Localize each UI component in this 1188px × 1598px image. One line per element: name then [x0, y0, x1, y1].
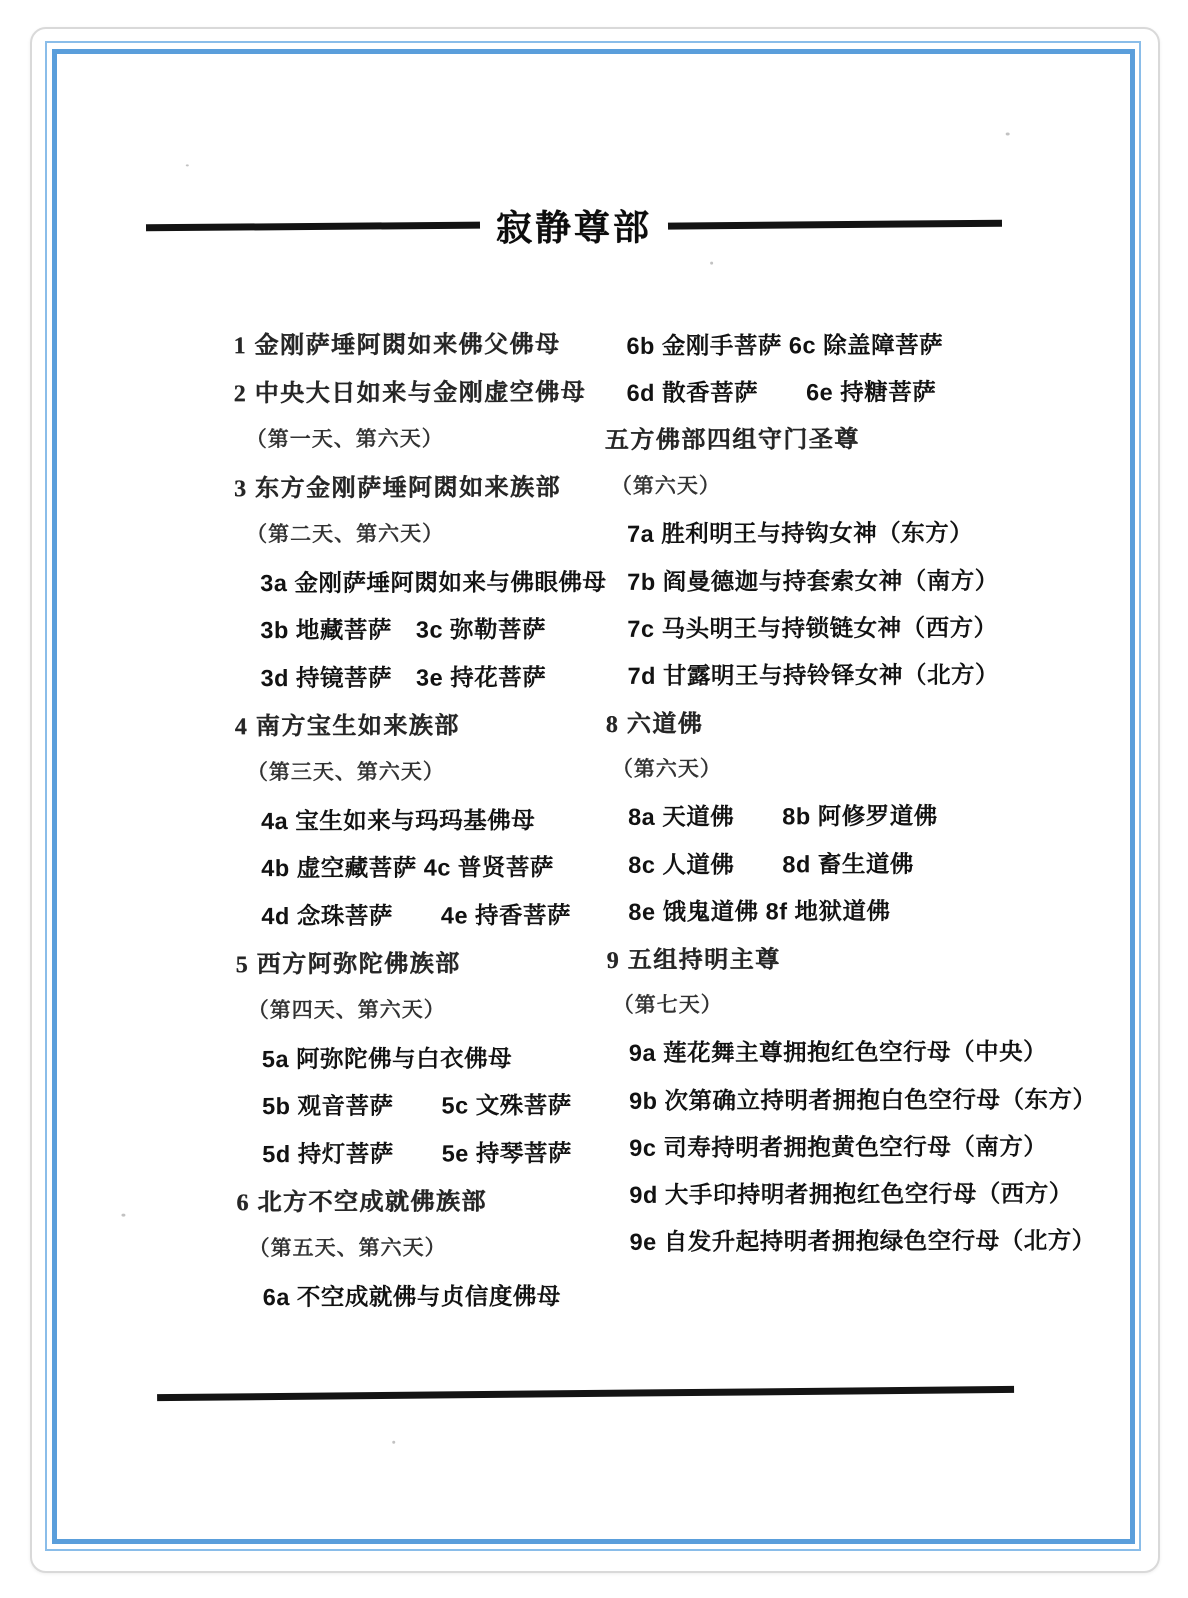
- list-item: 4b 虚空藏菩萨 4c 普贤菩萨: [235, 841, 615, 890]
- section-header: 寂静尊部: [146, 199, 1002, 253]
- list-column-left: 1 金刚萨埵阿閦如来佛父佛母 2 中央大日如来与金刚虚空佛母 （第一天、第六天）…: [233, 318, 616, 1319]
- list-item: （第四天、第六天）: [236, 984, 616, 1033]
- list-item: 5b 观音菩萨 5c 文殊菩萨: [236, 1079, 616, 1128]
- list-item: 9 五组持明主尊: [598, 932, 1028, 981]
- list-item: 9b 次第确立持明者拥抱白色空行母（东方）: [599, 1073, 1029, 1122]
- scan-speck: [121, 1214, 125, 1217]
- list-item: （第七天）: [599, 979, 1029, 1028]
- scan-speck: [710, 262, 713, 265]
- list-item: 9a 莲花舞主尊拥抱红色空行母（中央）: [599, 1026, 1029, 1075]
- list-item: 4d 念珠菩萨 4e 持香菩萨: [235, 889, 615, 938]
- list-item: 8c 人道佛 8d 畜生道佛: [598, 838, 1028, 887]
- list-item: 8a 天道佛 8b 阿修罗道佛: [598, 790, 1028, 839]
- list-column-right: 6b 金刚手菩萨 6c 除盖障菩萨 6d 散香菩萨 6e 持糖菩萨 五方佛部四组…: [596, 318, 1029, 1263]
- list-item: （第二天、第六天）: [234, 508, 614, 557]
- scan-speck: [186, 164, 189, 166]
- page-title: 寂静尊部: [496, 200, 652, 252]
- list-item: 3b 地藏菩萨 3c 弥勒菩萨: [234, 603, 614, 652]
- bottom-rule: [157, 1386, 1014, 1401]
- list-item: 9d 大手印持明者拥抱红色空行母（西方）: [599, 1168, 1029, 1217]
- list-item: 6d 散香菩萨 6e 持糖菩萨: [596, 366, 1026, 415]
- list-item: 2 中央大日如来与金刚虚空佛母: [233, 366, 613, 415]
- list-item: （第六天）: [598, 743, 1028, 792]
- list-item: 6 北方不空成就佛族部: [236, 1175, 616, 1224]
- list-item: 9e 自发升起持明者拥抱绿色空行母（北方）: [599, 1215, 1029, 1264]
- list-item: 5d 持灯菩萨 5e 持琴菩萨: [236, 1127, 616, 1176]
- list-item: （第三天、第六天）: [235, 746, 615, 795]
- title-rule-left: [146, 222, 480, 232]
- scan-speck: [392, 1441, 395, 1444]
- list-item: 5 西方阿弥陀佛族部: [235, 937, 615, 986]
- list-item: （第五天、第六天）: [236, 1222, 616, 1271]
- list-item: 4a 宝生如来与玛玛基佛母: [235, 794, 615, 843]
- list-item: 五方佛部四组守门圣尊: [597, 413, 1027, 462]
- page-content: 寂静尊部 1 金刚萨埵阿閦如来佛父佛母 2 中央大日如来与金刚虚空佛母 （第一天…: [0, 0, 1188, 1598]
- list-item: （第六天）: [597, 460, 1027, 509]
- list-item: 7b 阎曼德迦与持套索女神（南方）: [597, 554, 1027, 603]
- list-item: （第一天、第六天）: [234, 413, 614, 462]
- list-item: 5a 阿弥陀佛与白衣佛母: [236, 1032, 616, 1081]
- list-item: 7a 胜利明王与持钩女神（东方）: [597, 507, 1027, 556]
- list-item: 3 东方金刚萨埵阿閦如来族部: [234, 461, 614, 510]
- list-item: 7d 甘露明王与持铃铎女神（北方）: [597, 649, 1027, 698]
- list-item: 1 金刚萨埵阿閦如来佛父佛母: [233, 318, 613, 367]
- scan-speck: [1006, 133, 1010, 136]
- list-item: 8e 饿鬼道佛 8f 地狱道佛: [598, 885, 1028, 934]
- title-rule-right: [668, 220, 1002, 230]
- list-item: 9c 司寿持明者拥抱黄色空行母（南方）: [599, 1121, 1029, 1170]
- list-item: 8 六道佛: [598, 696, 1028, 745]
- list-item: 3a 金刚萨埵阿閦如来与佛眼佛母: [234, 556, 614, 605]
- list-item: 3d 持镜菩萨 3e 持花菩萨: [234, 651, 614, 700]
- list-item: 4 南方宝生如来族部: [235, 699, 615, 748]
- list-item: 6b 金刚手菩萨 6c 除盖障菩萨: [596, 318, 1026, 367]
- list-item: 6a 不空成就佛与贞信度佛母: [237, 1270, 617, 1319]
- list-item: 7c 马头明王与持锁链女神（西方）: [597, 602, 1027, 651]
